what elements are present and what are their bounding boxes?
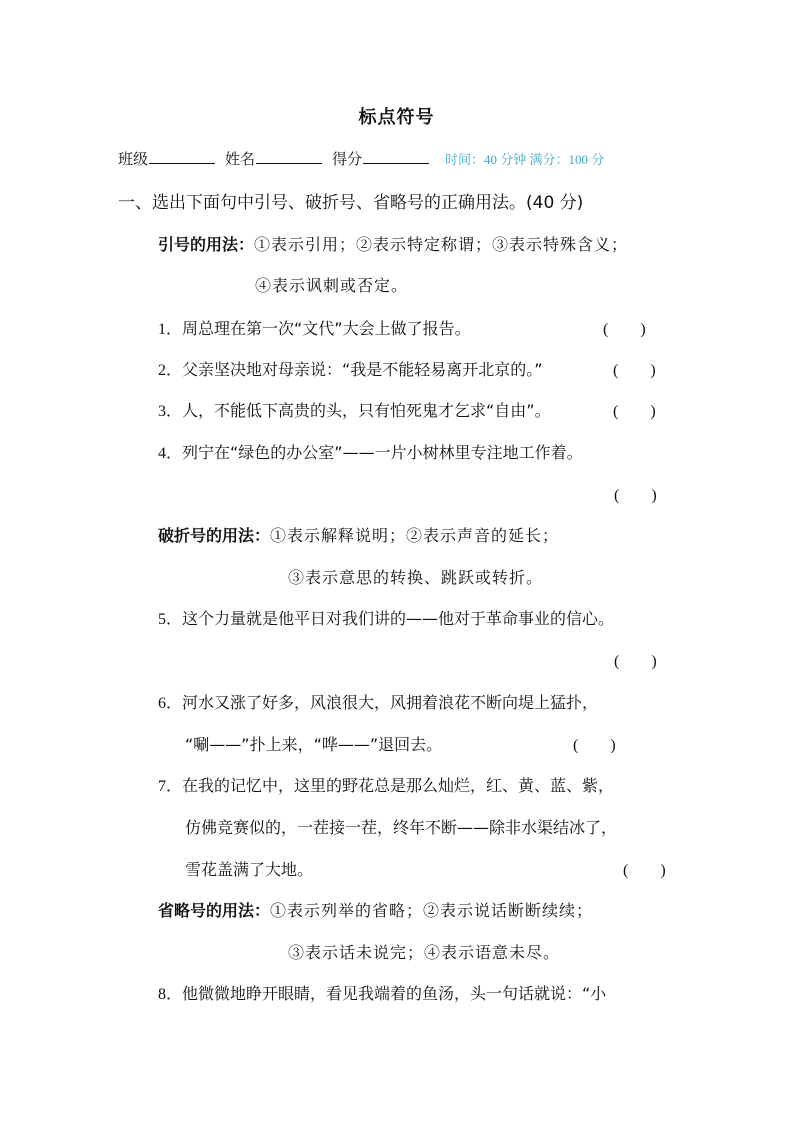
answer-blank-6[interactable]: ( ) <box>573 732 616 755</box>
class-blank[interactable] <box>149 149 215 164</box>
question-text: 父亲坚决地对母亲说：“我是不能轻易离开北京的。” <box>182 360 543 379</box>
name-label: 姓名 <box>225 148 255 169</box>
dash-usage-text-2: ③表示意思的转换、跳跃或转折。 <box>288 568 543 587</box>
question-1: 1．周总理在第一次“文代”大会上做了报告。 <box>158 316 471 339</box>
question-8: 8．他微微地睁开眼睛，看见我端着的鱼汤，头一句话就说：“小 <box>158 981 606 1004</box>
question-text: 他微微地睁开眼睛，看见我端着的鱼汤，头一句话就说：“小 <box>182 984 606 1003</box>
question-text: 列宁在“绿色的办公室”——一片小树林里专注地工作着。 <box>182 443 583 462</box>
worksheet-page: 标点符号 班级 姓名 得分 时间：40 分钟 满分：100 分 一、选出下面句中… <box>0 0 793 1122</box>
dash-usage-label: 破折号的用法： <box>158 526 270 545</box>
answer-blank-2[interactable]: ( ) <box>613 357 656 380</box>
question-4: 4．列宁在“绿色的办公室”——一片小树林里专注地工作着。 <box>158 440 583 463</box>
score-blank[interactable] <box>363 149 429 164</box>
ellipsis-usage-text-1: ①表示列举的省略；②表示说话断断续续； <box>270 901 593 920</box>
class-label: 班级 <box>118 148 148 169</box>
question-number: 8． <box>158 986 182 1003</box>
class-field[interactable]: 班级 <box>118 148 215 169</box>
ellipsis-usage-label: 省略号的用法： <box>158 901 270 920</box>
name-blank[interactable] <box>256 149 322 164</box>
answer-blank-7[interactable]: ( ) <box>623 857 666 880</box>
section-heading: 一、选出下面句中引号、破折号、省略号的正确用法。(40 分) <box>118 188 583 213</box>
question-number: 2． <box>158 362 182 379</box>
name-field[interactable]: 姓名 <box>225 148 322 169</box>
time-score-meta: 时间：40 分钟 满分：100 分 <box>445 149 604 168</box>
quote-usage-line1: 引号的用法：①表示引用；②表示特定称谓；③表示特殊含义； <box>158 232 628 255</box>
answer-blank-5[interactable]: ( ) <box>614 648 657 671</box>
question-number: 7． <box>158 778 182 795</box>
question-6: 6．河水又涨了好多，风浪很大，风拥着浪花不断向堤上猛扑， <box>158 690 598 713</box>
question-5: 5．这个力量就是他平日对我们讲的——他对于革命事业的信心。 <box>158 606 614 629</box>
dash-usage-text-1: ①表示解释说明；②表示声音的延长； <box>270 526 559 545</box>
ellipsis-usage-line1: 省略号的用法：①表示列举的省略；②表示说话断断续续； <box>158 898 593 921</box>
quote-usage-text-2: ④表示讽刺或否定。 <box>255 276 408 295</box>
question-7-line2: 仿佛竞赛似的，一茬接一茬，终年不断——除非水渠结冰了， <box>185 815 617 838</box>
score-field[interactable]: 得分 <box>332 148 429 169</box>
page-title: 标点符号 <box>0 103 793 129</box>
question-text: 周总理在第一次“文代”大会上做了报告。 <box>182 319 471 338</box>
quote-usage-label: 引号的用法： <box>158 235 254 254</box>
ellipsis-usage-line2: ③表示话未说完；④表示语意未尽。 <box>288 940 560 963</box>
question-2: 2．父亲坚决地对母亲说：“我是不能轻易离开北京的。” <box>158 357 543 380</box>
score-label: 得分 <box>332 148 362 169</box>
dash-usage-line2: ③表示意思的转换、跳跃或转折。 <box>288 565 543 588</box>
question-number: 3． <box>158 403 182 420</box>
question-7-line3: 雪花盖满了大地。 <box>185 857 313 880</box>
answer-blank-3[interactable]: ( ) <box>613 398 656 421</box>
question-text: 这个力量就是他平日对我们讲的——他对于革命事业的信心。 <box>182 609 614 628</box>
question-text: 人，不能低下高贵的头，只有怕死鬼才乞求“自由”。 <box>182 401 551 420</box>
question-6-line2: “唰——”扑上来，“哗——”退回去。 <box>185 732 442 755</box>
question-number: 4． <box>158 445 182 462</box>
dash-usage-line1: 破折号的用法：①表示解释说明；②表示声音的延长； <box>158 523 559 546</box>
question-text: 河水又涨了好多，风浪很大，风拥着浪花不断向堤上猛扑， <box>182 693 598 712</box>
student-info-row: 班级 姓名 得分 时间：40 分钟 满分：100 分 <box>118 148 604 169</box>
question-number: 6． <box>158 695 182 712</box>
question-text: 在我的记忆中，这里的野花总是那么灿烂，红、黄、蓝、紫， <box>182 776 614 795</box>
answer-blank-4[interactable]: ( ) <box>614 482 657 505</box>
question-number: 1． <box>158 321 182 338</box>
question-7: 7．在我的记忆中，这里的野花总是那么灿烂，红、黄、蓝、紫， <box>158 773 614 796</box>
ellipsis-usage-text-2: ③表示话未说完；④表示语意未尽。 <box>288 943 560 962</box>
answer-blank-1[interactable]: ( ) <box>603 316 646 339</box>
quote-usage-text-1: ①表示引用；②表示特定称谓；③表示特殊含义； <box>254 235 628 254</box>
question-number: 5． <box>158 611 182 628</box>
quote-usage-line2: ④表示讽刺或否定。 <box>255 273 408 296</box>
question-3: 3．人，不能低下高贵的头，只有怕死鬼才乞求“自由”。 <box>158 398 551 421</box>
